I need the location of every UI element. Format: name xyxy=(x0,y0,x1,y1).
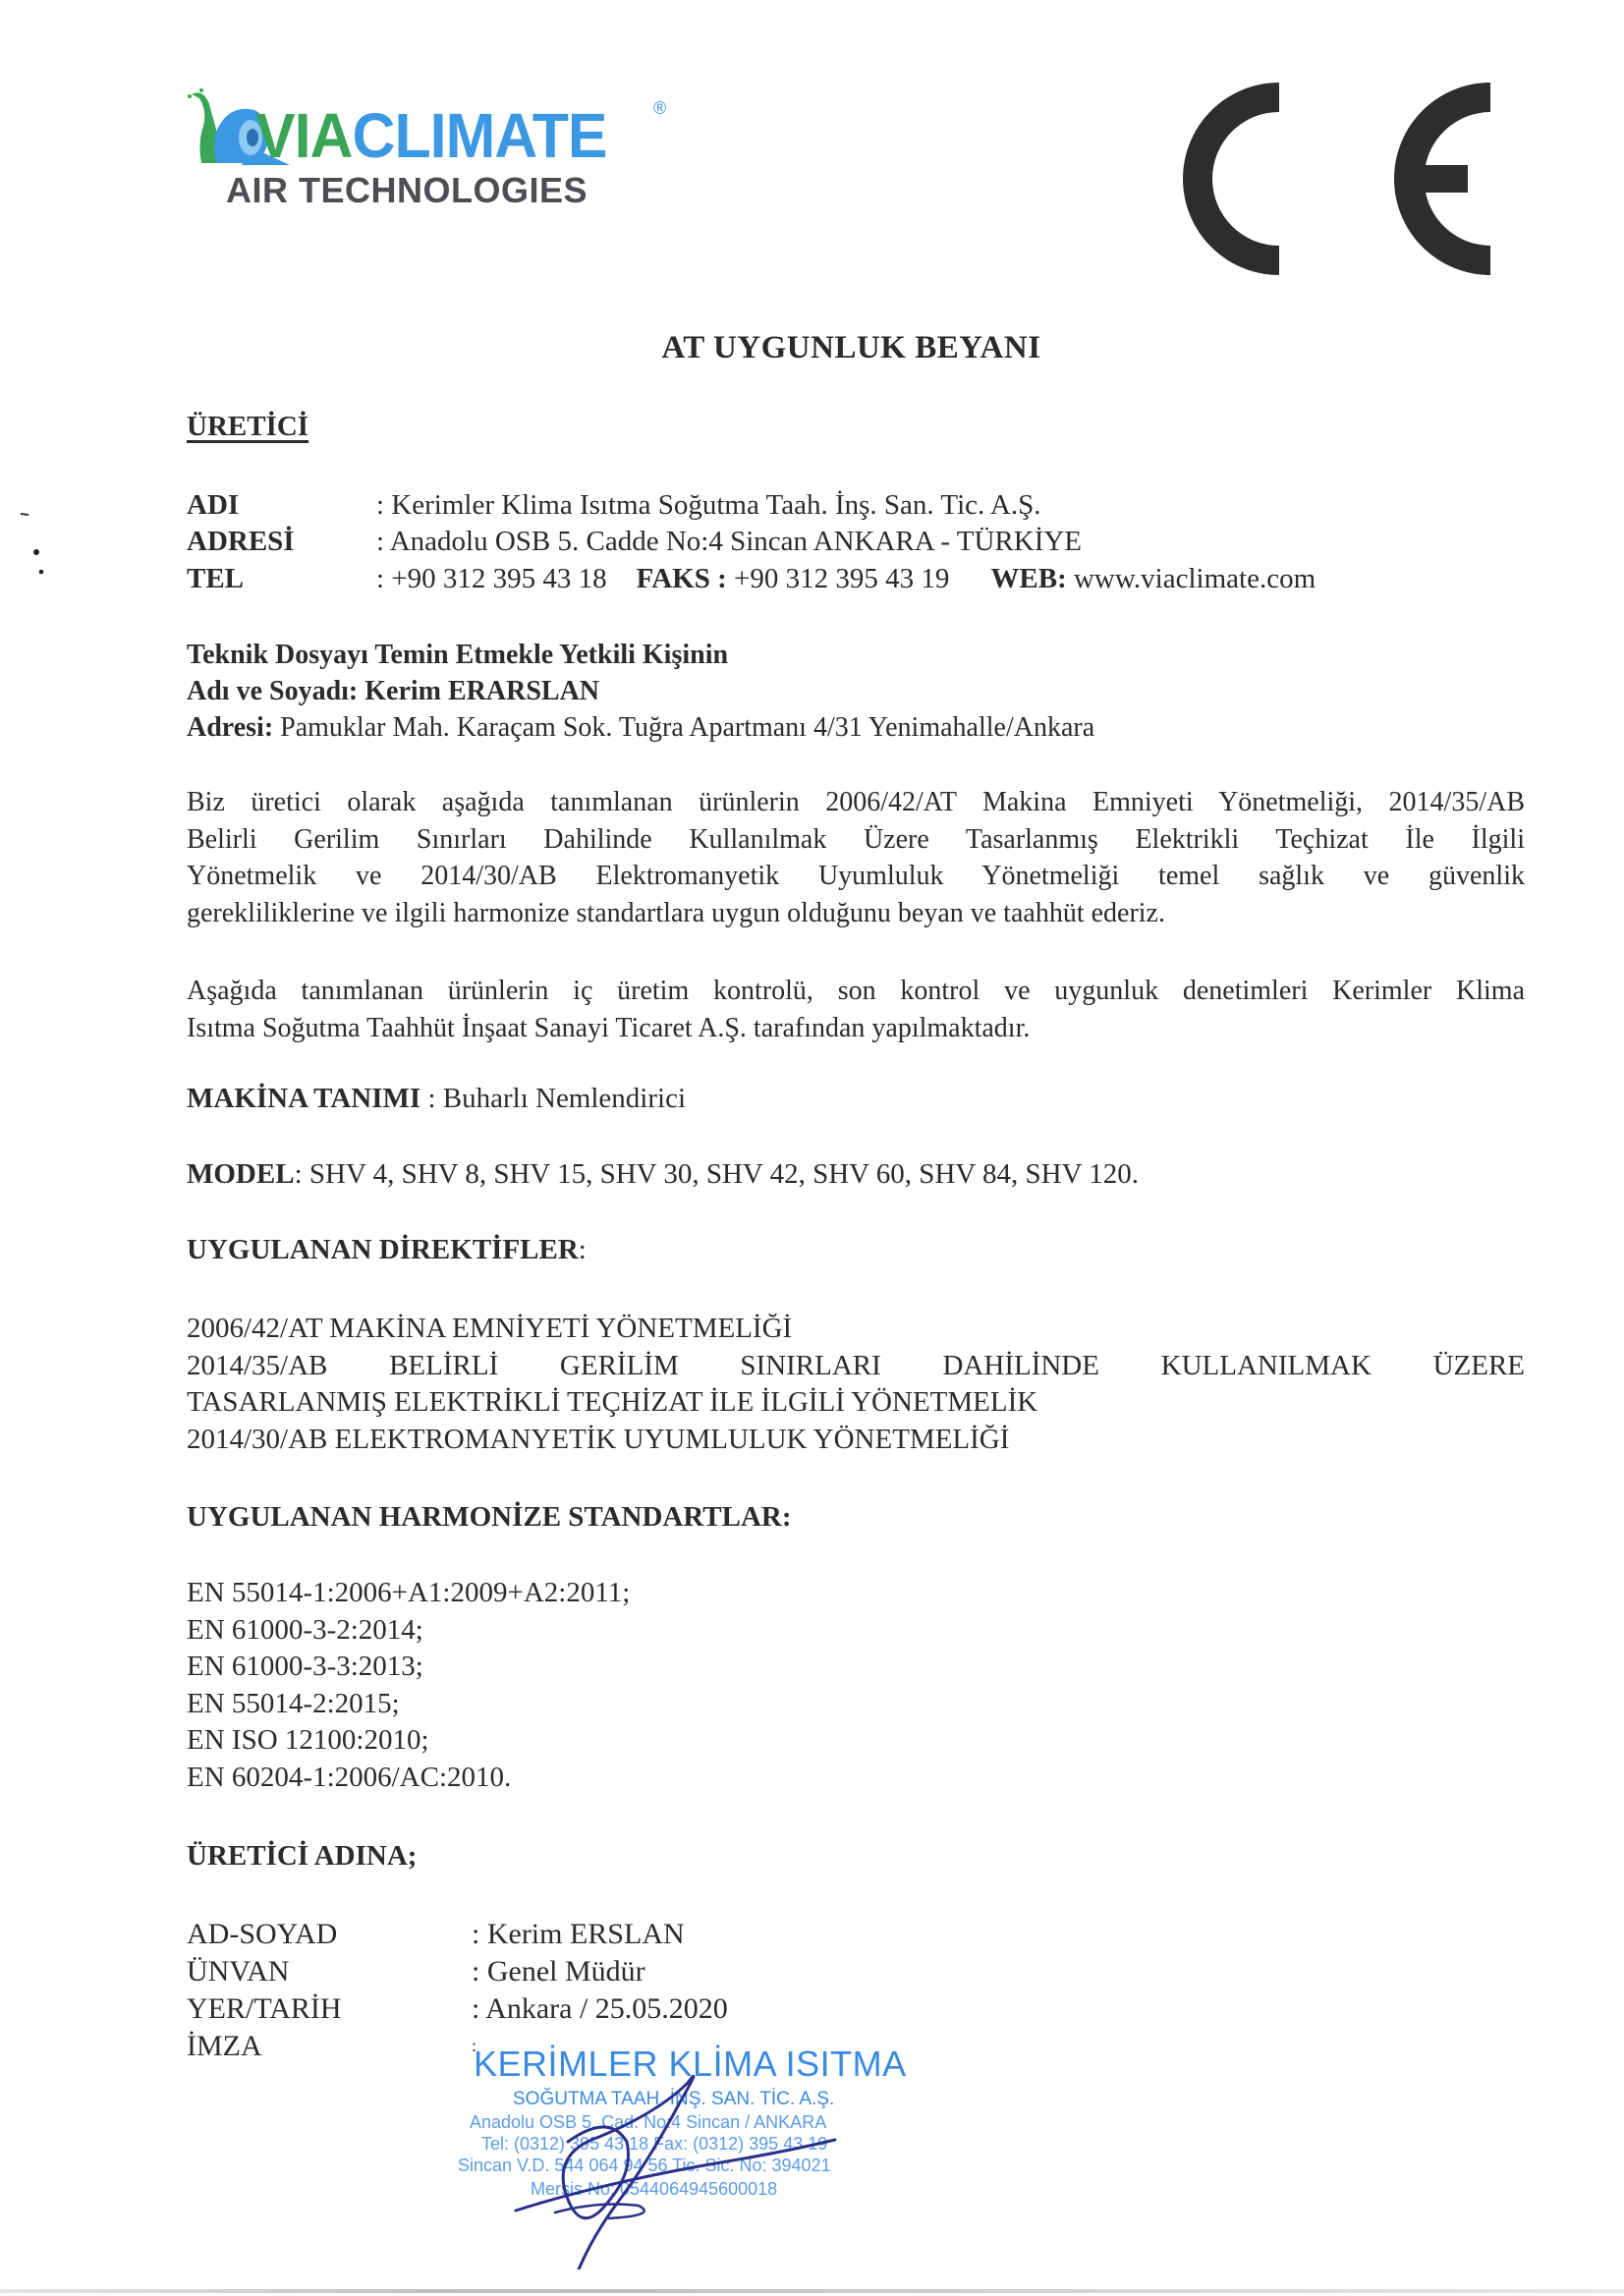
standard-item: EN ISO 12100:2010; xyxy=(187,1722,630,1760)
manufacturer-contact-row: TEL: +90 312 395 43 18FAKS : +90 312 395… xyxy=(187,561,1316,597)
scan-bottom-edge xyxy=(0,2289,1624,2293)
fax-label: FAKS : xyxy=(637,563,727,594)
machine-label: MAKİNA TANIMI xyxy=(187,1083,420,1114)
directives-list: 2006/42/AT MAKİNA EMNİYETİ YÖNETMELİĞİ 2… xyxy=(187,1311,1525,1458)
directive-item: 2014/35/AB BELİRLİ GERİLİM SINIRLARI DAH… xyxy=(187,1348,1525,1385)
paragraph-line: Isıtma Soğutma Taahhüt İnşaat Sanayi Tic… xyxy=(187,1010,1525,1047)
web-link[interactable]: www.viaclimate.com xyxy=(1067,563,1316,594)
name-label: ADI xyxy=(187,487,376,524)
name-value: : Kerimler Klima Isıtma Soğutma Taah. İn… xyxy=(376,489,1041,521)
standard-item: EN 60204-1:2006/AC:2010. xyxy=(187,1760,630,1797)
address-label: ADRESİ xyxy=(187,524,376,560)
signatory-value: : Ankara / 25.05.2020 xyxy=(472,1992,728,2025)
standard-item: EN 55014-2:2015; xyxy=(187,1686,630,1723)
web-label: WEB: xyxy=(990,563,1066,594)
directives-heading: UYGULANAN DİREKTİFLER: xyxy=(187,1234,587,1266)
directives-heading-text: UYGULANAN DİREKTİFLER xyxy=(187,1234,579,1265)
signatory-heading: ÜRETİCİ ADINA; xyxy=(187,1840,417,1873)
scan-margin-marks xyxy=(15,511,54,589)
model-value: : SHV 4, SHV 8, SHV 15, SHV 30, SHV 42, … xyxy=(295,1158,1139,1190)
signatory-label: YER/TARİH xyxy=(187,1990,472,2027)
model-label: MODEL xyxy=(187,1158,295,1190)
signatory-label: AD-SOYAD xyxy=(187,1916,472,1952)
standard-item: EN 55014-1:2006+A1:2009+A2:2011; xyxy=(187,1575,630,1612)
declaration-paragraph: Biz üretici olarak aşağıda tanımlanan ür… xyxy=(187,784,1525,931)
signatory-row: ÜNVAN: Genel Müdür xyxy=(187,1953,645,1989)
registered-mark: ® xyxy=(653,98,666,119)
technical-file-name-row: Adı ve Soyadı: Kerim ERARSLAN xyxy=(187,673,599,709)
fax-value: +90 312 395 43 19 xyxy=(727,563,950,594)
signatory-label: ÜNVAN xyxy=(187,1953,472,1989)
signatory-value: : Kerim ERSLAN xyxy=(472,1918,685,1950)
tel-value: : +90 312 395 43 18 xyxy=(376,563,607,594)
technical-file-heading: Teknik Dosyayı Temin Etmekle Yetkili Kiş… xyxy=(187,640,728,670)
paragraph-line: Yönetmelik ve 2014/30/AB Elektromanyetik… xyxy=(187,858,1525,895)
manufacturer-name-row: ADI: Kerimler Klima Isıtma Soğutma Taah.… xyxy=(187,487,1041,524)
technical-file-name-value: Kerim ERARSLAN xyxy=(358,676,599,706)
standard-item: EN 61000-3-2:2014; xyxy=(187,1612,630,1650)
paragraph-line: Biz üretici olarak aşağıda tanımlanan ür… xyxy=(187,784,1525,821)
technical-file-address-value: Pamuklar Mah. Karaçam Sok. Tuğra Apartma… xyxy=(273,712,1094,743)
signatory-value: : Genel Müdür xyxy=(472,1955,645,1988)
tel-label: TEL xyxy=(187,561,376,597)
technical-file-address-row: Adresi: Pamuklar Mah. Karaçam Sok. Tuğra… xyxy=(187,709,1094,746)
ce-mark-icon xyxy=(1151,81,1515,277)
logo-wordmark: VIACLIMATE xyxy=(255,104,607,167)
signatory-row: YER/TARİH: Ankara / 25.05.2020 xyxy=(187,1990,728,2027)
standard-item: EN 61000-3-3:2013; xyxy=(187,1649,630,1686)
logo-climate: CLIMATE xyxy=(353,100,607,171)
control-paragraph: Aşağıda tanımlanan ürünlerin iç üretim k… xyxy=(187,973,1525,1046)
technical-file-address-label: Adresi: xyxy=(187,712,273,743)
signatory-row: İMZA: xyxy=(187,2028,476,2064)
paragraph-line: gerekliliklerine ve ilgili harmonize sta… xyxy=(187,895,1525,932)
directive-item: 2014/30/AB ELEKTROMANYETİK UYUMLULUK YÖN… xyxy=(187,1422,1525,1459)
paragraph-line: Belirli Gerilim Sınırları Dahilinde Kull… xyxy=(187,821,1525,859)
technical-file-line1: Teknik Dosyayı Temin Etmekle Yetkili Kiş… xyxy=(187,637,728,673)
logo-tagline: AIR TECHNOLOGIES xyxy=(226,173,588,208)
directive-item: 2006/42/AT MAKİNA EMNİYETİ YÖNETMELİĞİ xyxy=(187,1311,1525,1348)
directives-heading-colon: : xyxy=(579,1234,587,1265)
standards-heading: UYGULANAN HARMONİZE STANDARTLAR: xyxy=(187,1501,792,1534)
company-logo: VIACLIMATE ® AIR TECHNOLOGIES xyxy=(182,86,693,214)
technical-file-name-label: Adı ve Soyadı: xyxy=(187,676,358,706)
logo-via: VIA xyxy=(255,100,353,171)
signatory-row: AD-SOYAD: Kerim ERSLAN xyxy=(187,1916,685,1952)
manufacturer-heading: ÜRETİCİ xyxy=(187,411,308,443)
manufacturer-address-row: ADRESİ: Anadolu OSB 5. Cadde No:4 Sincan… xyxy=(187,524,1082,560)
document-title: AT UYGUNLUK BEYANI xyxy=(0,330,1624,366)
paragraph-line: Aşağıda tanımlanan ürünlerin iç üretim k… xyxy=(187,973,1525,1010)
machine-value: : Buharlı Nemlendirici xyxy=(420,1083,686,1114)
standards-list: EN 55014-1:2006+A1:2009+A2:2011; EN 6100… xyxy=(187,1575,630,1796)
model-row: MODEL: SHV 4, SHV 8, SHV 15, SHV 30, SHV… xyxy=(187,1156,1139,1193)
directive-item: TASARLANMIŞ ELEKTRİKLİ TEÇHİZAT İLE İLGİ… xyxy=(187,1384,1525,1422)
signatory-label: İMZA xyxy=(187,2028,472,2064)
address-value: : Anadolu OSB 5. Cadde No:4 Sincan ANKAR… xyxy=(376,526,1082,557)
handwritten-signature-icon xyxy=(462,2044,914,2269)
machine-description-row: MAKİNA TANIMI : Buharlı Nemlendirici xyxy=(187,1081,686,1117)
